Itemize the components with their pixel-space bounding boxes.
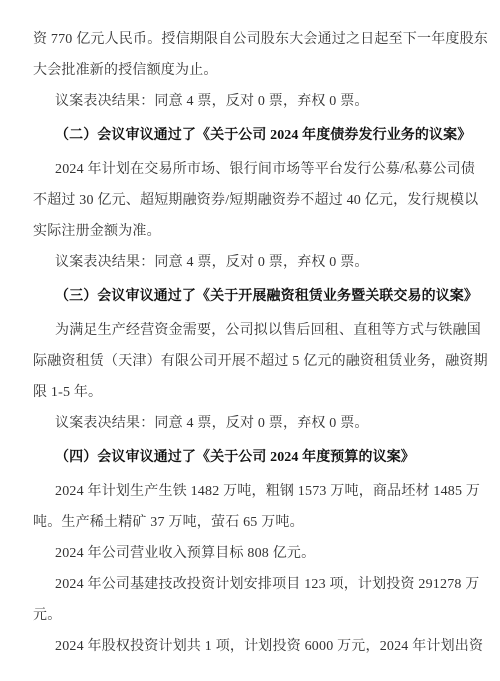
section-heading: （四）会议审议通过了《关于公司 2024 年度预算的议案》 xyxy=(33,442,467,473)
document-body: 资 770 亿元人民币。授信期限自公司股东大会通过之日起至下一年度股东大会批准新… xyxy=(0,0,500,662)
document-page: { "page": { "background": "#ffffff", "bo… xyxy=(0,0,500,681)
text-line: 吨。生产稀土精矿 37 万吨，萤石 65 万吨。 xyxy=(33,507,467,538)
text-line: 议案表决结果：同意 4 票，反对 0 票，弃权 0 票。 xyxy=(33,408,467,439)
section-heading: （三）会议审议通过了《关于开展融资租赁业务暨关联交易的议案》 xyxy=(33,281,467,312)
text-line: 实际注册金额为准。 xyxy=(33,216,467,247)
section-heading: （二）会议审议通过了《关于公司 2024 年度债券发行业务的议案》 xyxy=(33,120,467,151)
text-line: 2024 年公司基建技改投资计划安排项目 123 项，计划投资 291278 万 xyxy=(33,569,467,600)
text-line: 资 770 亿元人民币。授信期限自公司股东大会通过之日起至下一年度股东 xyxy=(33,24,467,55)
text-line: 际融资租赁（天津）有限公司开展不超过 5 亿元的融资租赁业务，融资期 xyxy=(33,346,467,377)
text-line: 2024 年公司营业收入预算目标 808 亿元。 xyxy=(33,538,467,569)
text-line: 不超过 30 亿元、超短期融资券/短期融资券不超过 40 亿元，发行规模以 xyxy=(33,185,467,216)
text-line: 2024 年计划在交易所市场、银行间市场等平台发行公募/私募公司债 xyxy=(33,154,467,185)
text-line: 限 1-5 年。 xyxy=(33,377,467,408)
text-line: 大会批准新的授信额度为止。 xyxy=(33,55,467,86)
text-line: 议案表决结果：同意 4 票，反对 0 票，弃权 0 票。 xyxy=(33,86,467,117)
text-line: 元。 xyxy=(33,600,467,631)
page: 资 770 亿元人民币。授信期限自公司股东大会通过之日起至下一年度股东大会批准新… xyxy=(0,0,500,681)
text-line: 为满足生产经营资金需要，公司拟以售后回租、直租等方式与铁融国 xyxy=(33,315,467,346)
text-line: 议案表决结果：同意 4 票，反对 0 票，弃权 0 票。 xyxy=(33,247,467,278)
text-line: 2024 年股权投资计划共 1 项，计划投资 6000 万元，2024 年计划出… xyxy=(33,631,467,662)
text-line: 2024 年计划生产生铁 1482 万吨，粗钢 1573 万吨，商品坯材 148… xyxy=(33,476,467,507)
